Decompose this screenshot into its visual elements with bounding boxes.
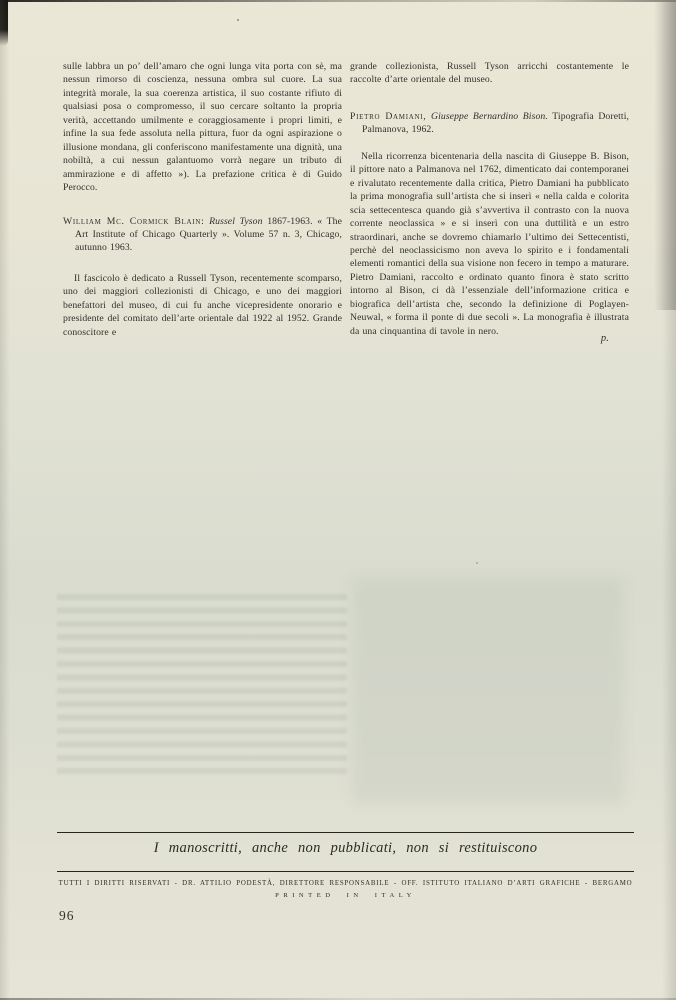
show-through-panel-artifact: [352, 578, 624, 802]
scan-top-edge: [0, 0, 676, 2]
entry-body-damiani: Nella ricorrenza bicentenaria della nasc…: [350, 150, 629, 338]
scan-right-shadow: [662, 0, 676, 1000]
manuscripts-notice: I manoscritti, anche non pubblicati, non…: [57, 840, 634, 857]
left-column-continuation-paragraph: sulle labbra un po’ dell’amaro che ogni …: [63, 60, 342, 195]
entry-heading-blain: William Mc. Cormick Blain: Russel Tyson …: [63, 215, 342, 255]
footer-rule-bottom: [57, 871, 634, 872]
entry-author: William Mc. Cormick Blain:: [63, 216, 204, 227]
entry-author: Pietro Damiani,: [350, 111, 426, 122]
right-column: grande collezionista, Russell Tyson arri…: [350, 60, 629, 341]
scan-left-shadow: [0, 0, 10, 1000]
scanned-journal-page: sulle labbra un po’ dell’amaro che ogni …: [0, 0, 676, 1000]
dust-speck: [237, 19, 239, 21]
left-column: sulle labbra un po’ dell’amaro che ogni …: [63, 60, 342, 339]
entry-heading-damiani: Pietro Damiani, Giuseppe Bernardino Biso…: [350, 110, 629, 137]
entry-body-blain: Il fascicolo è dedicato a Russell Tyson,…: [63, 272, 342, 339]
right-column-continuation-paragraph: grande collezionista, Russell Tyson arri…: [350, 60, 629, 87]
show-through-text-artifact: [57, 594, 347, 780]
imprint-credits-line: TUTTI I DIRITTI RISERVATI - DR. ATTILIO …: [50, 880, 641, 887]
reviewer-initial: p.: [350, 332, 629, 345]
dust-speck: [476, 562, 478, 564]
footer-rule-top: [57, 832, 634, 833]
page-number: 96: [59, 908, 75, 924]
entry-title: Russel Tyson: [209, 216, 262, 227]
printed-in-italy-line: PRINTED IN ITALY: [57, 892, 634, 899]
entry-title: Giuseppe Bernardino Bison.: [431, 111, 548, 122]
